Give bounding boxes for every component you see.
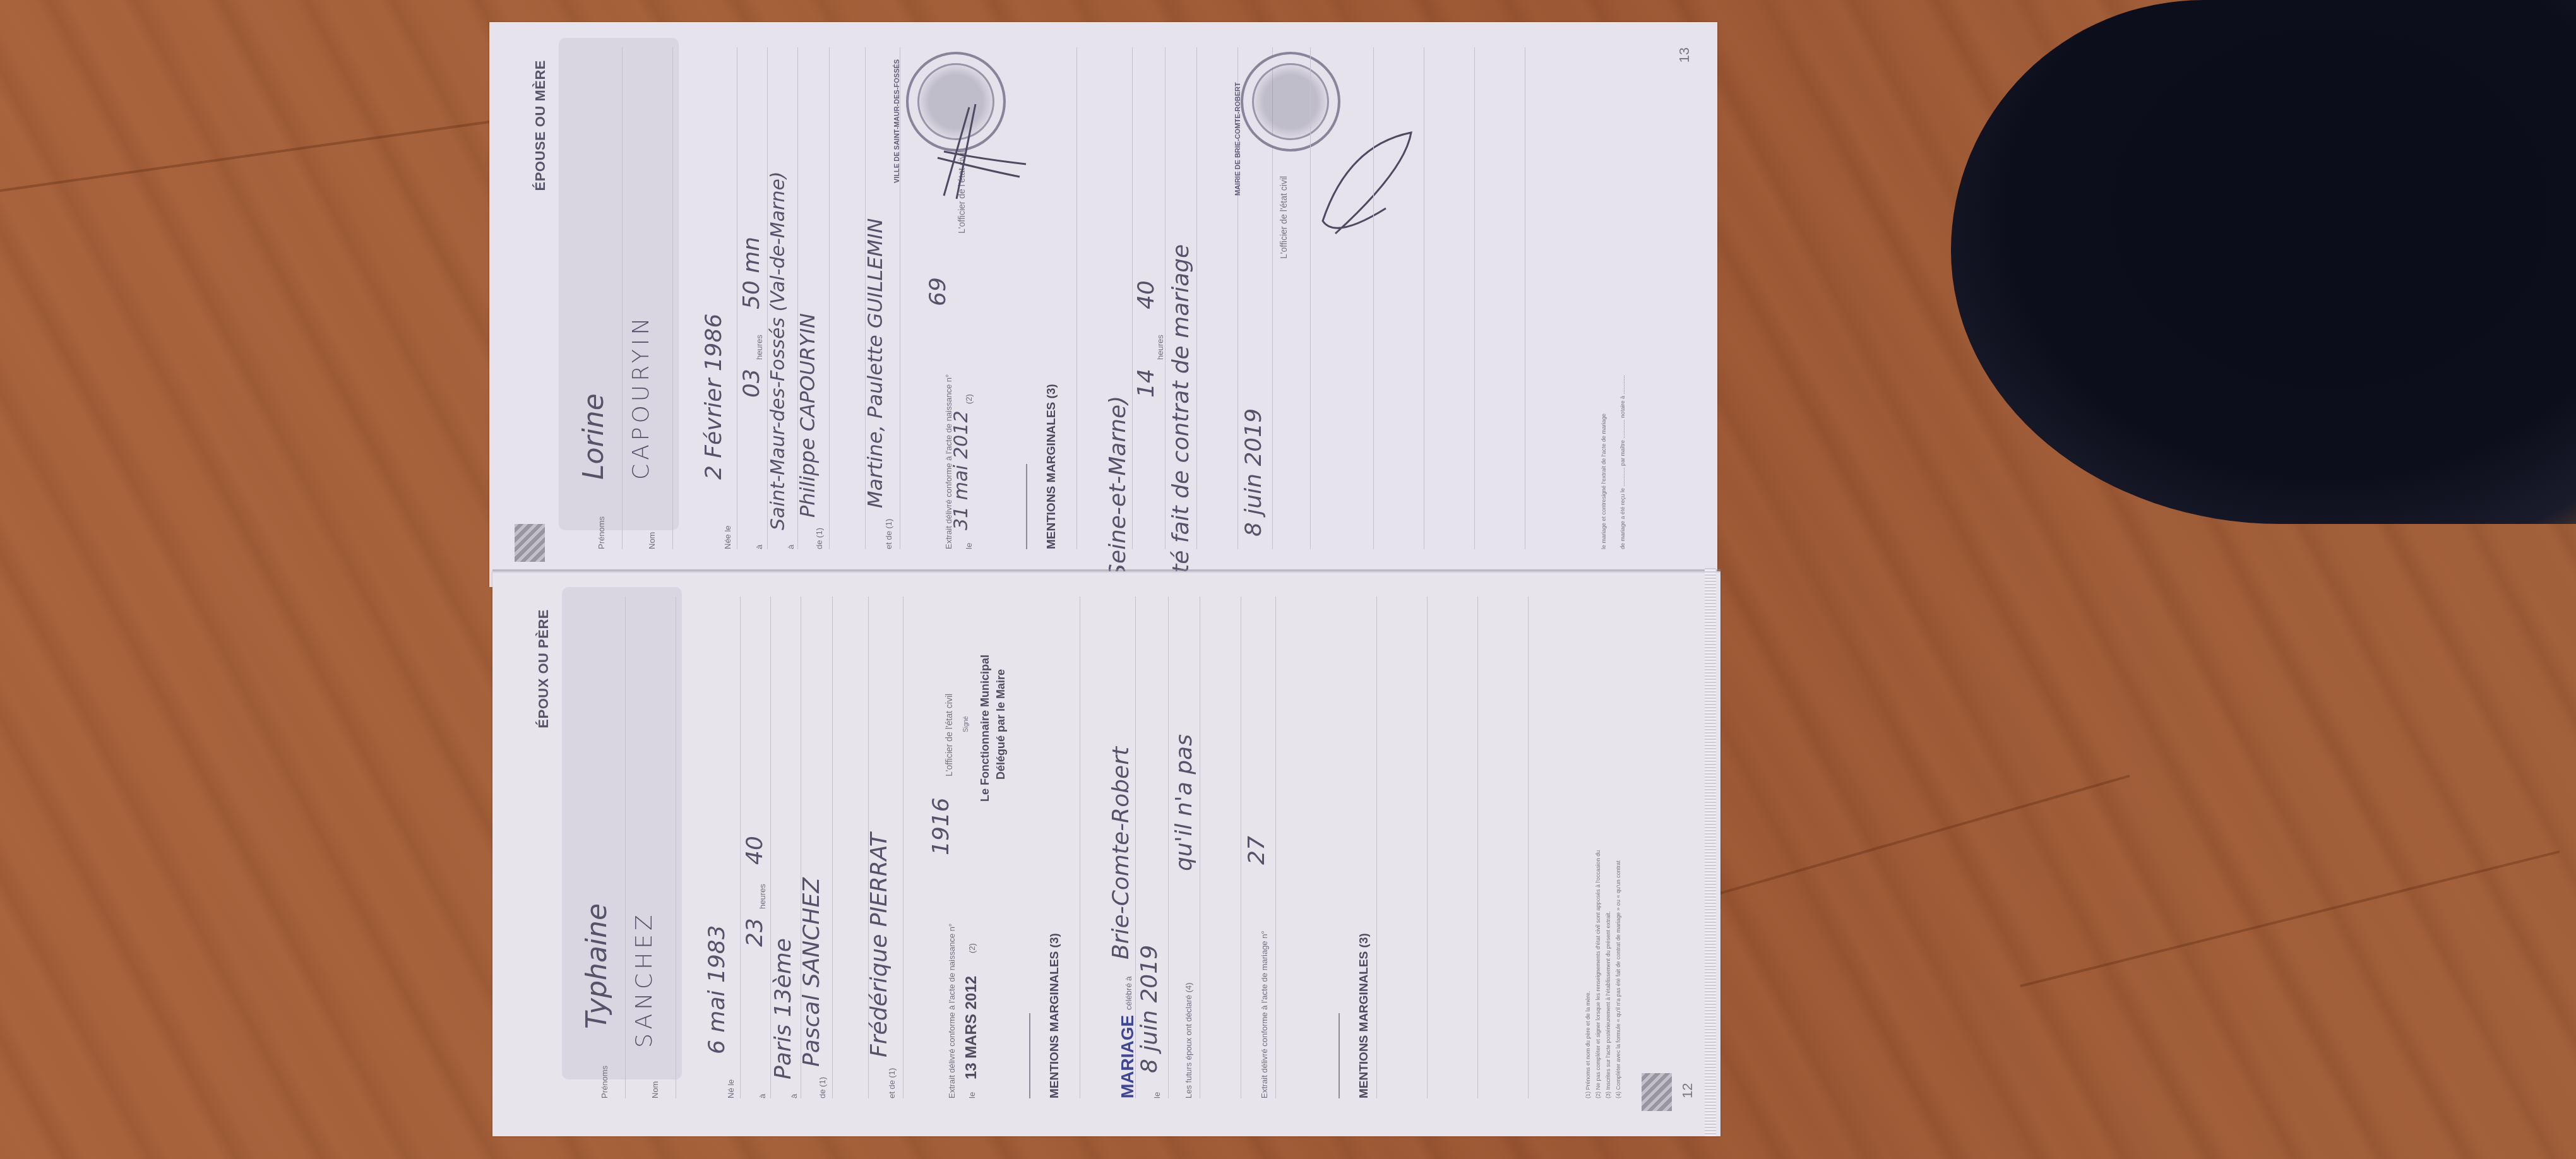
footnote-4: (4) Compléter avec la formule « qu'il n'… [1615, 860, 1621, 1098]
pere-value: Pascal SANCHEZ [799, 877, 825, 1067]
divider [1029, 1013, 1030, 1098]
mariage-lieu: Brie-Comte-Robert [1108, 747, 1134, 960]
rule [1427, 597, 1428, 1098]
officer-signed: Signé [963, 716, 970, 732]
heure-value: 23 [742, 918, 768, 947]
page-epouse: ÉPOUSE OU MÈRE Prénoms Lorine Nom CAPOUR… [489, 22, 1717, 587]
mariage-continuation-1: (Seine-et-Marne) [1105, 396, 1131, 587]
footnote: le mariage et contresigné l'extrait de l… [1601, 413, 1607, 549]
prenoms-value: Lorine [578, 393, 610, 480]
ne-le-value: 6 mai 1983 [704, 925, 730, 1054]
officer2-label: L'officier de l'état civil [1279, 176, 1289, 259]
a-lieu-label: à [786, 545, 796, 549]
nom-label: Nom [647, 532, 657, 549]
family-booklet: ÉPOUSE OU MÈRE Prénoms Lorine Nom CAPOUR… [0, 0, 2576, 1159]
rule [1135, 597, 1136, 1098]
mentions-label: MENTIONS MARGINALES (3) [1045, 384, 1059, 549]
mariage-extrait-number: 27 [1244, 836, 1270, 865]
rule [1196, 47, 1197, 549]
mariage-continuation-3: été fait de contrat de mariage [1168, 244, 1194, 587]
mere-value: Frédérique PIERRAT [866, 833, 892, 1057]
page-epoux: ÉPOUX OU PÈRE Prénoms Typhaine Nom SANCH… [492, 571, 1720, 1136]
heures-label: heures [754, 335, 764, 360]
rule [1200, 597, 1200, 1098]
a-heure-label: à [754, 545, 764, 549]
rule [1474, 47, 1475, 549]
page-epouse-wrapper: ÉPOUSE OU MÈRE Prénoms Lorine Nom CAPOUR… [489, 22, 1717, 587]
mariage-minutes: 40 [1133, 280, 1159, 309]
de-label: de (1) [814, 528, 824, 549]
mariage-date: 8 juin 2019 [1136, 945, 1162, 1073]
seal2-text: MAIRIE DE BRIE-COMTE-ROBERT [1234, 82, 1242, 196]
lieu-value: Saint-Maur-des-Fossés (Val-de-Marne) [767, 171, 789, 530]
extrait-number: 69 [925, 277, 951, 306]
heures-label: heures [758, 884, 767, 909]
minutes-value: 50 mn [739, 237, 765, 309]
a-heure-label: à [758, 1094, 767, 1098]
mere-value: Martine, Paulette GUILLEMIN [863, 218, 887, 508]
prenoms-value: Typhaine [581, 903, 613, 1029]
mariage-extrait-date: 8 juin 2019 [1241, 408, 1267, 537]
minutes-value: 40 [742, 836, 768, 865]
ne-le-label: Né le [726, 1079, 736, 1098]
futurs-value: qu'il n'a pas [1171, 734, 1197, 871]
rule [676, 597, 676, 1098]
rule [1132, 47, 1133, 549]
heure-value: 03 [739, 369, 765, 398]
seal-text: VILLE DE SAINT-MAUR-DES-FOSSÉS [893, 59, 901, 183]
rule [1168, 597, 1169, 1098]
rule [903, 597, 903, 1098]
rule [1528, 597, 1529, 1098]
rule [1424, 47, 1424, 549]
footnote-3: (3) Inscrites sur l'acte postérieurement… [1605, 911, 1611, 1098]
rule [625, 597, 626, 1098]
prenoms-label: Prénoms [597, 516, 606, 549]
prenoms-label: Prénoms [600, 1066, 609, 1098]
mentions2-label: MENTIONS MARGINALES (3) [1357, 933, 1371, 1098]
page-heading: ÉPOUX OU PÈRE [535, 609, 552, 728]
rule [1373, 47, 1374, 549]
extrait-label: Extrait délivré conforme à l'acte de nai… [947, 924, 957, 1098]
mariage-heure: 14 [1133, 369, 1159, 398]
rule [829, 47, 830, 549]
futurs-label: Les futurs époux ont déclaré (4) [1184, 982, 1193, 1098]
footnote-2: (2) Ne pas compléter et signer lorsque l… [1595, 850, 1601, 1098]
officer-label: L'officier de l'état civil [944, 694, 954, 776]
nee-le-label: Née le [723, 525, 732, 549]
mentions-label: MENTIONS MARGINALES (3) [1048, 933, 1062, 1098]
nom-value: CAPOURYIN [628, 314, 654, 480]
note-2: (2) [964, 394, 974, 404]
page-number: 12 [1679, 1083, 1696, 1098]
rule [1310, 47, 1311, 549]
mariage-le-label: le [1152, 1092, 1162, 1098]
extrait-date: 13 MARS 2012 [963, 976, 981, 1079]
rule [1477, 597, 1478, 1098]
mariage-heures-label: heures [1155, 335, 1165, 360]
nee-le-value: 2 Février 1986 [701, 314, 727, 480]
rule [1525, 47, 1525, 549]
rule [737, 47, 737, 549]
note-2: (2) [967, 943, 977, 953]
rule [622, 47, 623, 549]
officer-line1: Le Fonctionnaire Municipal [979, 655, 992, 802]
rule [1241, 597, 1241, 1098]
rule [1080, 597, 1080, 1098]
et-de-label: et de (1) [887, 1068, 897, 1098]
le-label: le [964, 543, 974, 549]
et-de-label: et de (1) [884, 519, 893, 549]
nom-label: Nom [650, 1081, 660, 1098]
a-lieu-label: à [789, 1094, 799, 1098]
footnote: de mariage a été reçu le ............ pa… [1619, 375, 1626, 549]
extrait-number: 1916 [928, 797, 954, 855]
page-number: 13 [1676, 47, 1693, 62]
rule [1076, 47, 1077, 549]
rule [1376, 597, 1377, 1098]
marianne-logo-icon [1642, 1073, 1672, 1111]
rule [672, 47, 673, 549]
signature-icon [931, 95, 1121, 234]
identity-band [559, 38, 679, 530]
rule [1275, 597, 1276, 1098]
lieu-value: Paris 13ème [770, 938, 796, 1079]
divider [1339, 1013, 1340, 1098]
le-label: le [967, 1092, 977, 1098]
identity-band [562, 587, 682, 1079]
page-heading: ÉPOUSE OU MÈRE [532, 60, 549, 191]
page-epoux-wrapper: ÉPOUX OU PÈRE Prénoms Typhaine Nom SANCH… [492, 571, 1720, 1136]
mariage-celebre-label: célébré à [1124, 977, 1133, 1010]
marianne-logo-icon [515, 524, 545, 562]
rule [740, 597, 741, 1098]
extrait-date: 31 mai 2012 [950, 410, 972, 530]
booklet-page-edges [1705, 568, 1716, 1136]
pere-value: Philippe CAPOURYIN [796, 313, 820, 518]
divider [1026, 464, 1027, 549]
nom-value: SANCHEZ [631, 911, 657, 1048]
officer-line2: Délégué par le Maire [994, 669, 1008, 780]
mariage-extrait-label: Extrait délivré conforme à l'acte de mar… [1260, 930, 1269, 1098]
de-label: de (1) [818, 1077, 827, 1098]
booklet-fold [492, 569, 1720, 573]
footnote-1: (1) Prénoms et nom du père et de la mère… [1585, 991, 1591, 1098]
rule [832, 597, 833, 1098]
rule [1165, 47, 1166, 549]
